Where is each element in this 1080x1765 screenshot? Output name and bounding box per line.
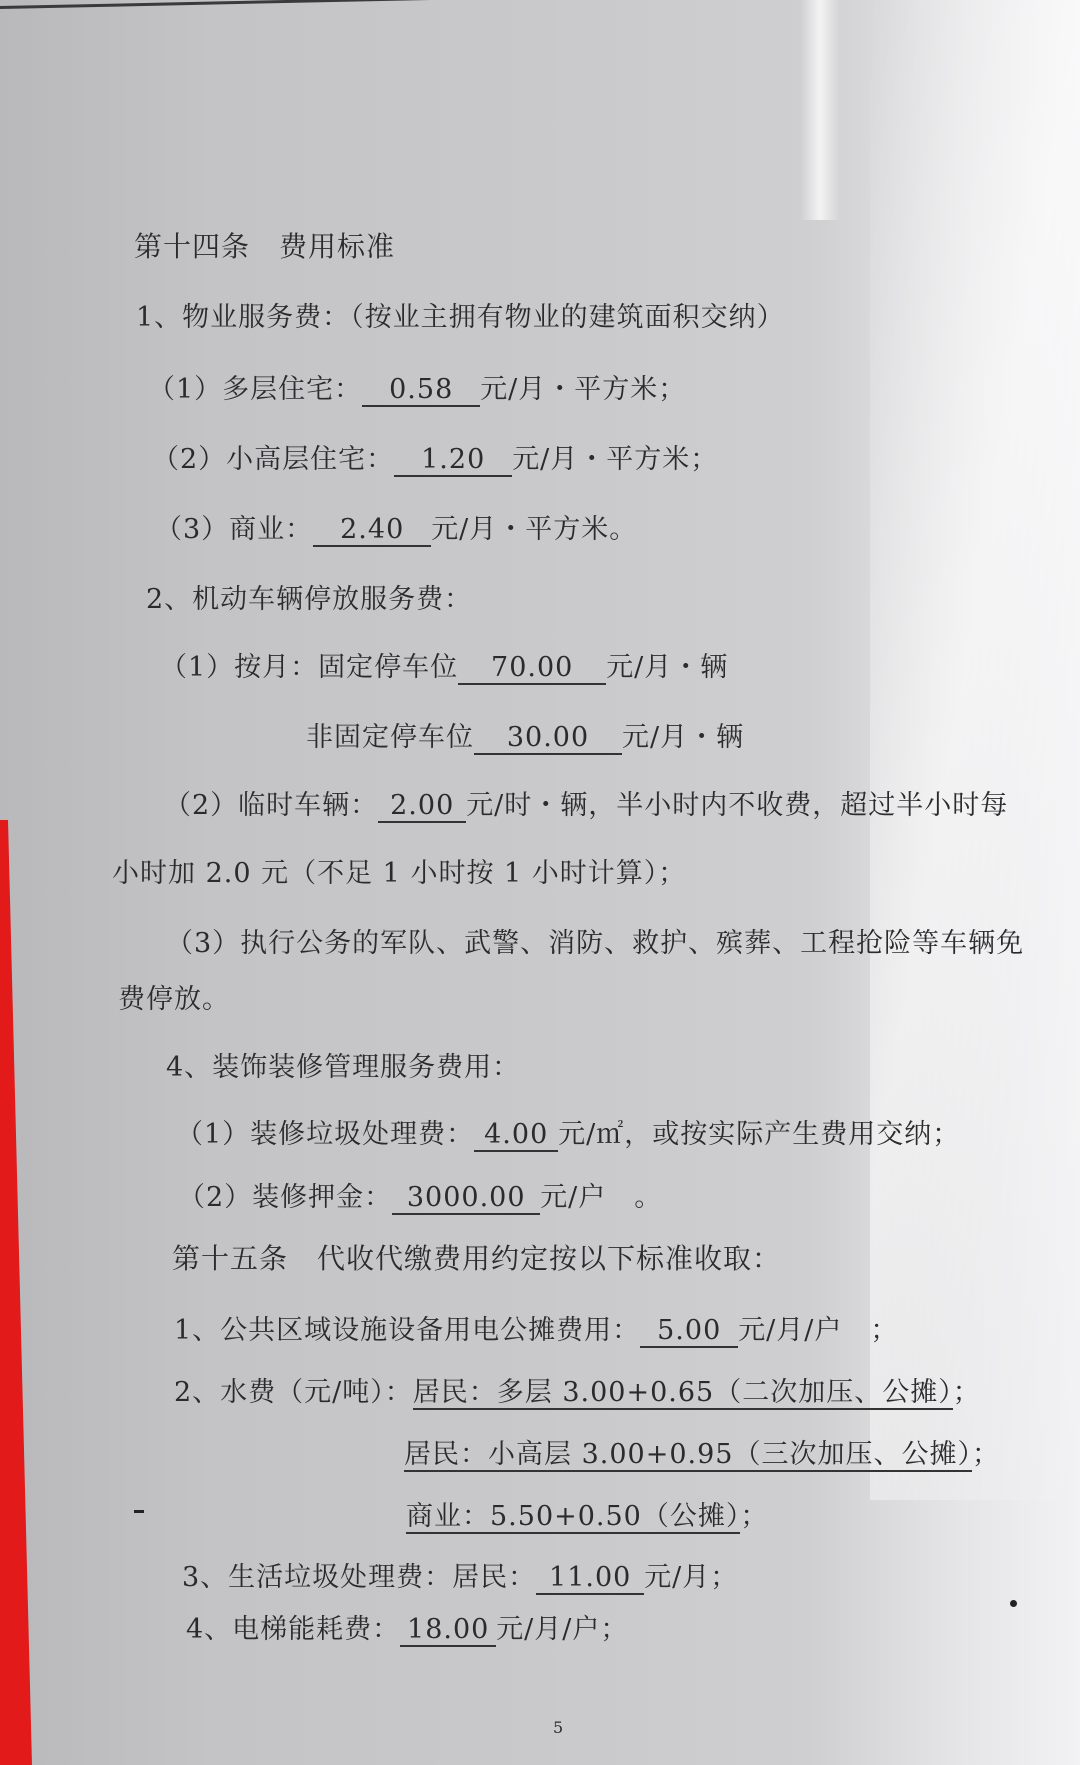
electricity-fee-row: 1、公共区域设施设备用电公摊费用：5.00元/月/户 ； <box>174 1308 898 1348</box>
fee-value: 3000.00 <box>392 1182 540 1215</box>
fee-label: （3）商业： <box>155 514 313 545</box>
fee-unit: 元/㎡，或按实际产生费用交纳； <box>558 1119 960 1150</box>
fee-value: 18.00 <box>400 1614 496 1647</box>
renovation-waste-row: （1）装修垃圾处理费：4.00元/㎡，或按实际产生费用交纳； <box>176 1112 960 1152</box>
document-page: 第十四条 费用标准 1、物业服务费：（按业主拥有物业的建筑面积交纳） （1）多层… <box>0 0 1080 1765</box>
fee-unit: 元/月・辆 <box>622 722 744 753</box>
renovation-fee-label: 4、装饰装修管理服务费用： <box>166 1045 520 1084</box>
fee-value: 2.40 <box>313 514 431 547</box>
parking-nonfixed-row: 非固定停车位30.00元/月・辆 <box>306 715 744 755</box>
water-rate-small-highrise: 居民：小高层 3.00+0.95（三次加压、公摊） <box>404 1439 972 1472</box>
water-fee-row: 2、水费（元/吨）：居民：多层 3.00+0.65（二次加压、公摊）； <box>174 1370 981 1409</box>
parking-exempt-line1: （3）执行公务的军队、武警、消防、救护、殡葬、工程抢险等车辆免 <box>166 921 1024 960</box>
fee-value: 70.00 <box>458 652 606 685</box>
fee-unit: 元/月/户； <box>496 1614 628 1645</box>
fee-label: 4、电梯能耗费： <box>186 1614 400 1645</box>
parking-temporary-continuation: 小时加 2.0 元（不足 1 小时按 1 小时计算）； <box>112 851 686 890</box>
fee-unit: 元/月・平方米； <box>512 444 718 475</box>
parking-fixed-row: （1）按月：固定停车位70.00元/月・辆 <box>160 645 728 685</box>
fee-row-multistory: （1）多层住宅：0.58元/月・平方米； <box>148 367 686 407</box>
fee-label: （2）临时车辆： <box>164 790 378 821</box>
fee-label: （2）小高层住宅： <box>152 444 394 475</box>
fee-label: 3、生活垃圾处理费：居民： <box>182 1562 536 1593</box>
water-rate-multistory: 居民：多层 3.00+0.65（二次加压、公摊） <box>413 1377 953 1410</box>
article-15-title: 第十五条 代收代缴费用约定按以下标准收取： <box>172 1237 781 1277</box>
fee-label: （2）装修押金： <box>178 1182 392 1213</box>
parking-fee-label: 2、机动车辆停放服务费： <box>146 577 472 616</box>
elevator-fee-row: 4、电梯能耗费：18.00元/月/户； <box>186 1607 628 1647</box>
fee-unit: 元/月・辆 <box>606 652 728 683</box>
fee-value: 11.00 <box>536 1562 644 1595</box>
punctuation: ； <box>740 1501 768 1532</box>
fee-value: 2.00 <box>378 790 466 823</box>
fee-label: 1、公共区域设施设备用电公摊费用： <box>174 1315 640 1346</box>
renovation-deposit-row: （2）装修押金：3000.00元/户 。 <box>178 1175 662 1215</box>
fee-value: 4.00 <box>474 1119 558 1152</box>
fee-label: （1）按月：固定停车位 <box>160 652 458 683</box>
garbage-fee-row: 3、生活垃圾处理费：居民：11.00元/月； <box>182 1555 738 1595</box>
parking-exempt-line2: 费停放。 <box>118 977 230 1016</box>
fee-row-small-highrise: （2）小高层住宅：1.20元/月・平方米； <box>152 437 718 477</box>
article-14-title: 第十四条 费用标准 <box>134 225 395 265</box>
fee-unit: 元/月； <box>644 1562 738 1593</box>
fee-unit: 元/月/户 ； <box>738 1315 898 1346</box>
fee-unit: 元/时・辆，半小时内不收费，超过半小时每 <box>466 790 1008 821</box>
fee-unit: 元/月・平方米。 <box>431 514 637 545</box>
fee-value: 1.20 <box>394 444 512 477</box>
fee-label: 2、水费（元/吨）： <box>174 1377 413 1408</box>
fee-unit: 元/月・平方米； <box>480 374 686 405</box>
fee-label: （1）多层住宅： <box>148 374 362 405</box>
property-fee-label: 1、物业服务费：（按业主拥有物业的建筑面积交纳） <box>136 295 785 334</box>
water-rate-row: 居民：小高层 3.00+0.95（三次加压、公摊）； <box>404 1432 1000 1471</box>
fee-unit: 元/户 。 <box>540 1182 662 1213</box>
fee-row-commercial: （3）商业：2.40元/月・平方米。 <box>155 507 637 547</box>
parking-temporary-row: （2）临时车辆：2.00元/时・辆，半小时内不收费，超过半小时每 <box>164 783 1008 823</box>
page-number: 5 <box>553 1718 563 1737</box>
water-rate-commercial: 商业：5.50+0.50（公摊） <box>406 1501 740 1534</box>
punctuation: ； <box>953 1377 981 1408</box>
fee-value: 5.00 <box>640 1315 738 1348</box>
punctuation: ； <box>972 1439 1000 1470</box>
water-rate-row: 商业：5.50+0.50（公摊）； <box>406 1494 768 1533</box>
fee-value: 30.00 <box>474 722 622 755</box>
fee-label: （1）装修垃圾处理费： <box>176 1119 474 1150</box>
fee-value: 0.58 <box>362 374 480 407</box>
fee-label: 非固定停车位 <box>306 722 474 753</box>
